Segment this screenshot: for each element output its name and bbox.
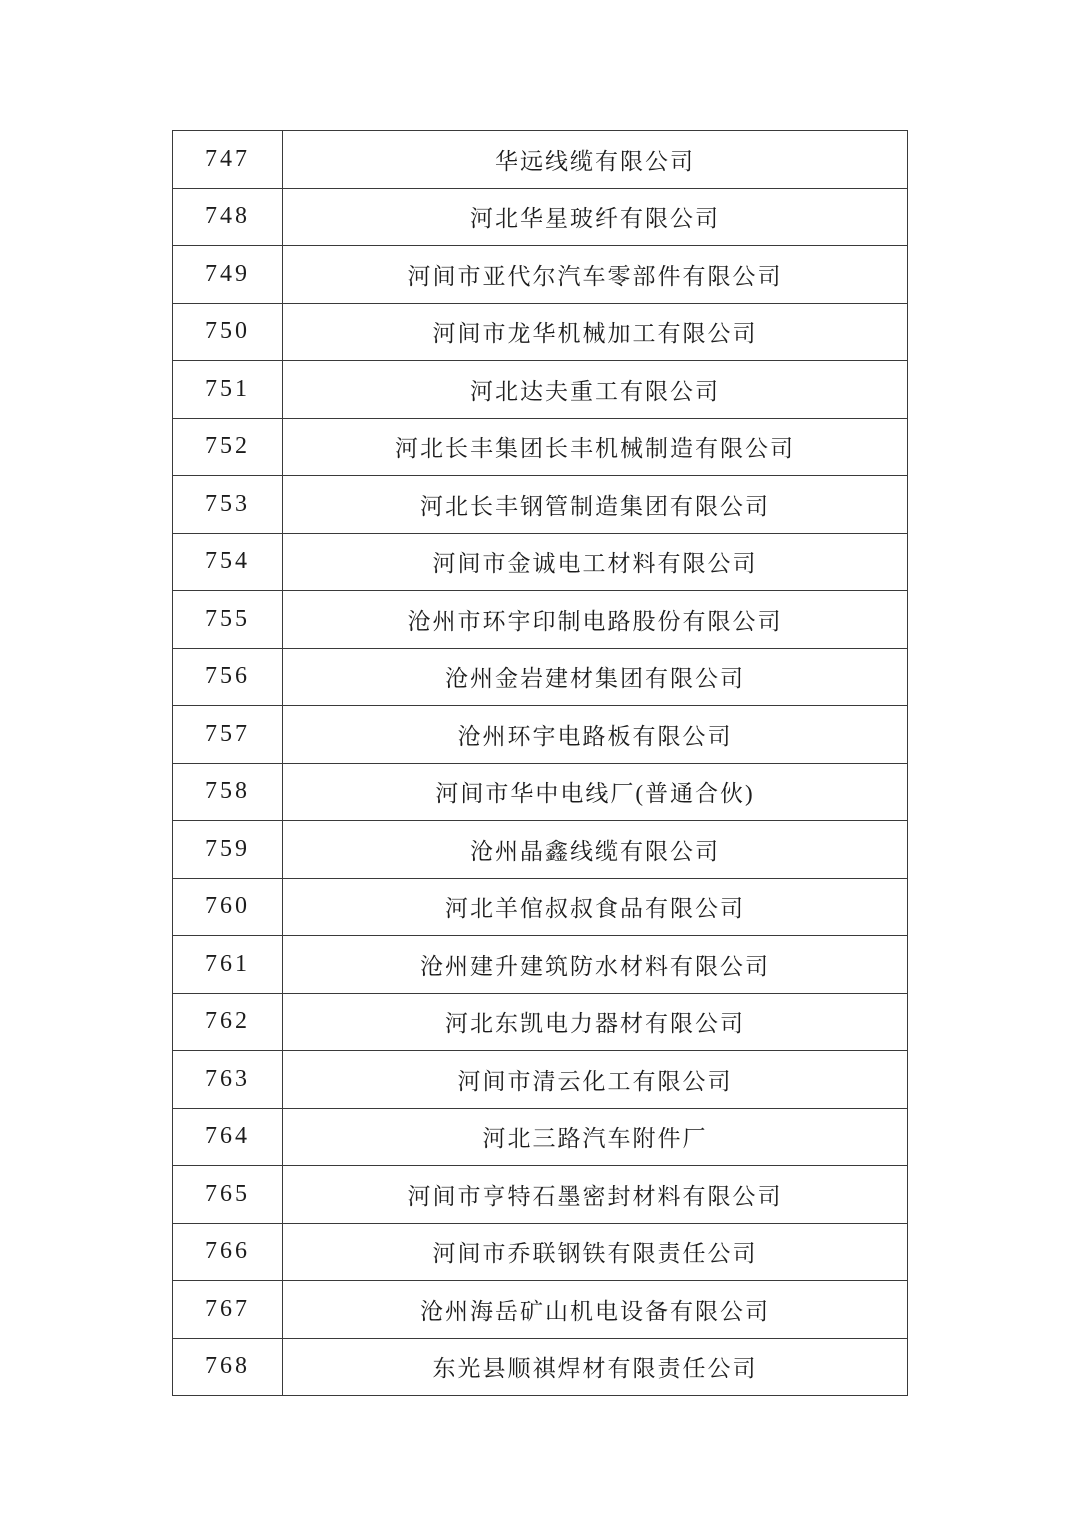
row-number-cell: 764: [173, 1108, 283, 1166]
table-row: 761 沧州建升建筑防水材料有限公司: [173, 936, 908, 994]
row-number-cell: 762: [173, 993, 283, 1051]
row-number-cell: 754: [173, 533, 283, 591]
company-name-cell: 沧州市环宇印制电路股份有限公司: [283, 591, 908, 649]
company-name-cell: 河间市华中电线厂(普通合伙): [283, 763, 908, 821]
row-number-cell: 749: [173, 246, 283, 304]
table-row: 768 东光县顺祺焊材有限责任公司: [173, 1338, 908, 1396]
row-number-cell: 748: [173, 188, 283, 246]
table-row: 755 沧州市环宇印制电路股份有限公司: [173, 591, 908, 649]
row-number-cell: 757: [173, 706, 283, 764]
row-number-cell: 755: [173, 591, 283, 649]
row-number-cell: 761: [173, 936, 283, 994]
company-name-cell: 东光县顺祺焊材有限责任公司: [283, 1338, 908, 1396]
row-number-cell: 747: [173, 131, 283, 189]
table-row: 752 河北长丰集团长丰机械制造有限公司: [173, 418, 908, 476]
company-name-cell: 河北三路汽车附件厂: [283, 1108, 908, 1166]
table-row: 753 河北长丰钢管制造集团有限公司: [173, 476, 908, 534]
company-list-table: 747 华远线缆有限公司 748 河北华星玻纤有限公司 749 河间市亚代尔汽车…: [172, 130, 908, 1396]
table-row: 762 河北东凯电力器材有限公司: [173, 993, 908, 1051]
row-number-cell: 750: [173, 303, 283, 361]
row-number-cell: 766: [173, 1223, 283, 1281]
company-name-cell: 河北长丰钢管制造集团有限公司: [283, 476, 908, 534]
company-name-cell: 沧州建升建筑防水材料有限公司: [283, 936, 908, 994]
company-name-cell: 沧州环宇电路板有限公司: [283, 706, 908, 764]
table-row: 757 沧州环宇电路板有限公司: [173, 706, 908, 764]
company-name-cell: 河北羊倌叔叔食品有限公司: [283, 878, 908, 936]
table-row: 747 华远线缆有限公司: [173, 131, 908, 189]
company-name-cell: 沧州晶鑫线缆有限公司: [283, 821, 908, 879]
company-name-cell: 河间市乔联钢铁有限责任公司: [283, 1223, 908, 1281]
row-number-cell: 758: [173, 763, 283, 821]
table-row: 764 河北三路汽车附件厂: [173, 1108, 908, 1166]
company-name-cell: 河间市金诚电工材料有限公司: [283, 533, 908, 591]
company-name-cell: 河北东凯电力器材有限公司: [283, 993, 908, 1051]
company-name-cell: 河间市清云化工有限公司: [283, 1051, 908, 1109]
table-row: 763 河间市清云化工有限公司: [173, 1051, 908, 1109]
company-table-body: 747 华远线缆有限公司 748 河北华星玻纤有限公司 749 河间市亚代尔汽车…: [173, 131, 908, 1396]
table-row: 767 沧州海岳矿山机电设备有限公司: [173, 1281, 908, 1339]
table-row: 766 河间市乔联钢铁有限责任公司: [173, 1223, 908, 1281]
row-number-cell: 767: [173, 1281, 283, 1339]
row-number-cell: 760: [173, 878, 283, 936]
company-name-cell: 河北长丰集团长丰机械制造有限公司: [283, 418, 908, 476]
table-row: 750 河间市龙华机械加工有限公司: [173, 303, 908, 361]
row-number-cell: 763: [173, 1051, 283, 1109]
row-number-cell: 765: [173, 1166, 283, 1224]
table-row: 749 河间市亚代尔汽车零部件有限公司: [173, 246, 908, 304]
table-row: 765 河间市亨特石墨密封材料有限公司: [173, 1166, 908, 1224]
company-name-cell: 沧州金岩建材集团有限公司: [283, 648, 908, 706]
company-name-cell: 河间市亨特石墨密封材料有限公司: [283, 1166, 908, 1224]
table-row: 751 河北达夫重工有限公司: [173, 361, 908, 419]
company-name-cell: 河北华星玻纤有限公司: [283, 188, 908, 246]
row-number-cell: 768: [173, 1338, 283, 1396]
row-number-cell: 752: [173, 418, 283, 476]
table-row: 756 沧州金岩建材集团有限公司: [173, 648, 908, 706]
table-row: 758 河间市华中电线厂(普通合伙): [173, 763, 908, 821]
table-row: 754 河间市金诚电工材料有限公司: [173, 533, 908, 591]
row-number-cell: 753: [173, 476, 283, 534]
document-page: 747 华远线缆有限公司 748 河北华星玻纤有限公司 749 河间市亚代尔汽车…: [0, 0, 1080, 1527]
company-name-cell: 沧州海岳矿山机电设备有限公司: [283, 1281, 908, 1339]
company-name-cell: 河间市亚代尔汽车零部件有限公司: [283, 246, 908, 304]
company-name-cell: 河北达夫重工有限公司: [283, 361, 908, 419]
row-number-cell: 751: [173, 361, 283, 419]
company-name-cell: 河间市龙华机械加工有限公司: [283, 303, 908, 361]
table-row: 760 河北羊倌叔叔食品有限公司: [173, 878, 908, 936]
table-row: 748 河北华星玻纤有限公司: [173, 188, 908, 246]
table-row: 759 沧州晶鑫线缆有限公司: [173, 821, 908, 879]
company-name-cell: 华远线缆有限公司: [283, 131, 908, 189]
row-number-cell: 756: [173, 648, 283, 706]
row-number-cell: 759: [173, 821, 283, 879]
